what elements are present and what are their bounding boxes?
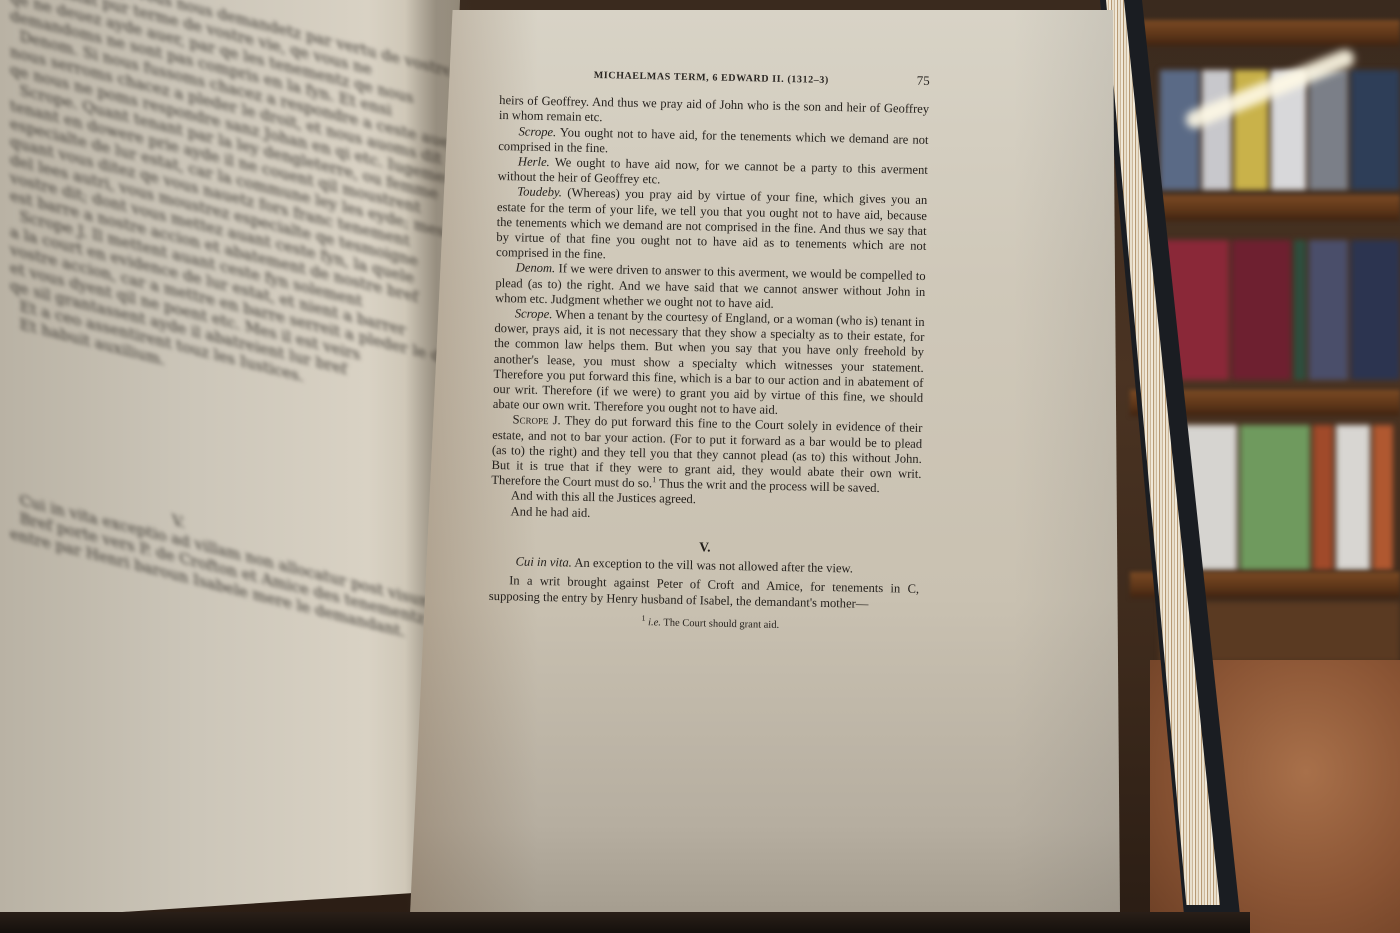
paragraph-scrope-2: Scrope. When a tenant by the courtesy of…: [493, 306, 925, 421]
speaker-name: Denom.: [516, 261, 556, 276]
speaker-name: Scrope.: [515, 306, 553, 321]
footnote-text: The Court should grant aid.: [663, 617, 779, 630]
running-head-title: MICHAELMAS TERM, 6 EDWARD II. (1312–3): [594, 68, 829, 88]
speaker-name: Herle.: [518, 154, 550, 169]
book-bottom-edge: [0, 912, 1250, 933]
bookshelf-books-middle: [1160, 240, 1400, 380]
bookshelf-shelf: [1130, 195, 1400, 221]
speaker-name: Scrope J.: [512, 413, 560, 428]
paragraph-scrope-j: Scrope J. They do put forward this fine …: [491, 412, 922, 497]
case-body: In a writ brought against Peter of Croft…: [489, 573, 920, 612]
footnote-abbr: i.e.: [648, 617, 661, 628]
left-page-blurred-text: de vostre fyn qe vous nous demandetz par…: [0, 0, 450, 782]
page-number: 75: [917, 73, 930, 88]
right-page-text: MICHAELMAS TERM, 6 EDWARD II. (1312–3) 7…: [488, 64, 930, 636]
paragraph-toudeby: Toudeby. (Whereas) you pray aid by virtu…: [496, 184, 927, 269]
case-title: Cui in vita.: [515, 555, 572, 570]
speaker-name: Scrope.: [518, 124, 556, 139]
footnote-marker: 1: [641, 613, 645, 622]
bookshelf-shelf: [1130, 20, 1400, 46]
speaker-name: Toudeby.: [517, 185, 562, 200]
